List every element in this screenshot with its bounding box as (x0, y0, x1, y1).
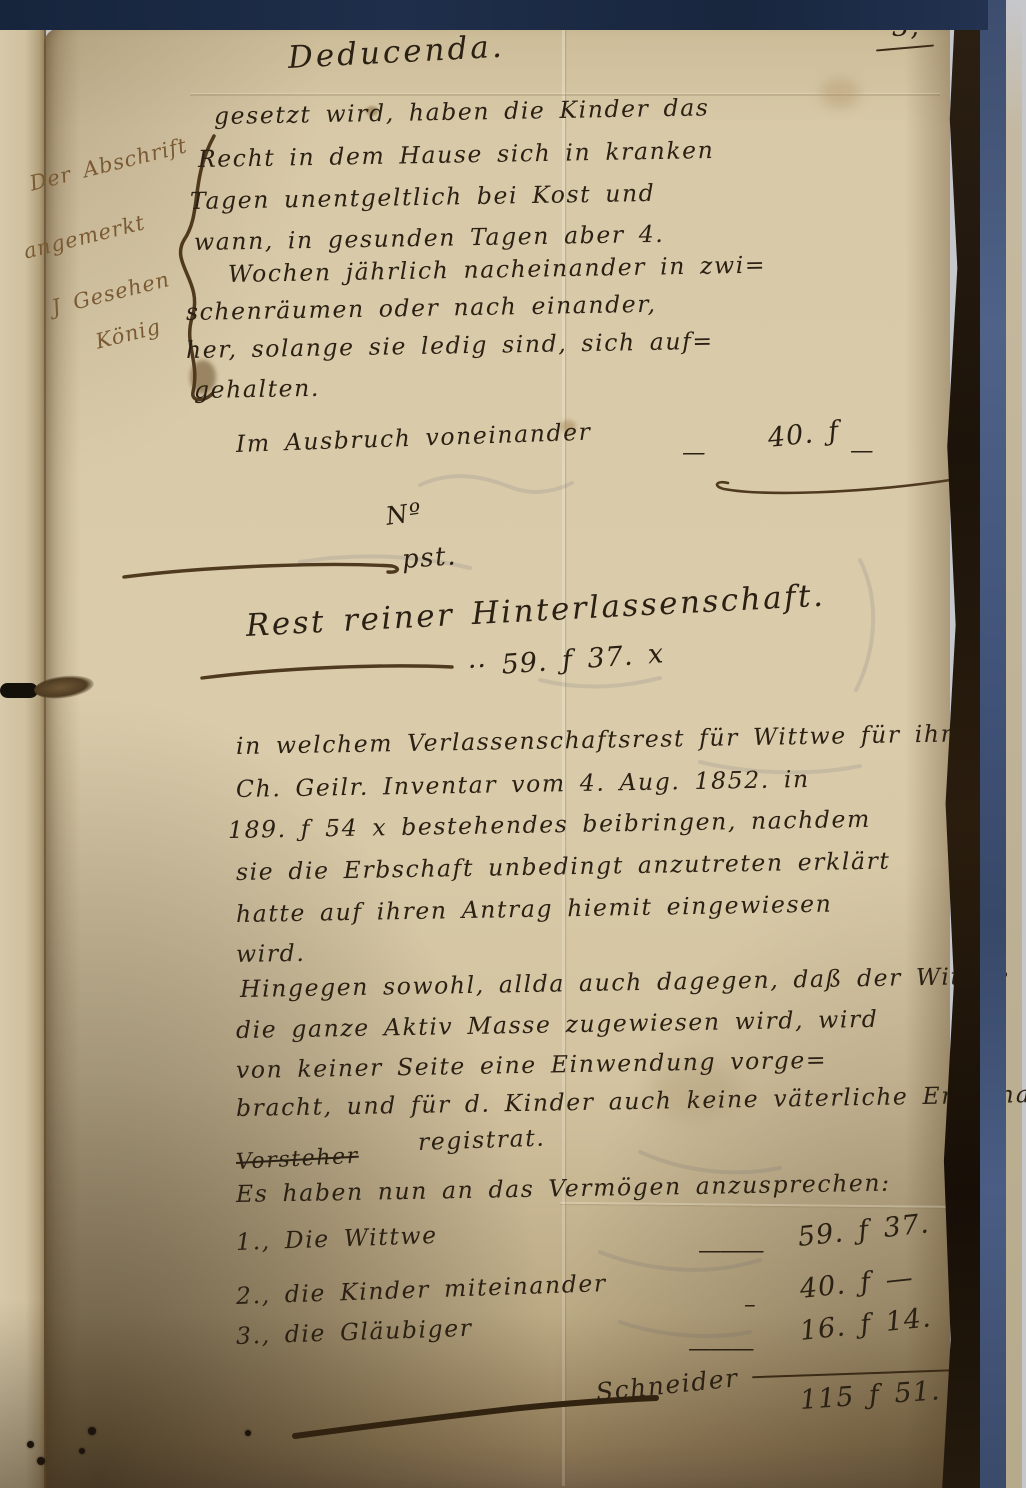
body-line: registrat. (418, 1124, 546, 1156)
claim-dash: ——— (698, 1236, 763, 1264)
entry-trailing-dash: — (850, 436, 875, 464)
blue-cover-top (0, 0, 988, 30)
abbreviation-mark: pst. (401, 541, 458, 575)
photo-of-manuscript-page: { "colors": { "paper": "#d8c9a8", "ink":… (0, 0, 1026, 1488)
claim-dash: ——— (688, 1334, 753, 1362)
claim-dash: – (744, 1290, 757, 1318)
body-line: wird. (236, 939, 306, 968)
entry-dash: — (682, 438, 707, 466)
flourish-under-amount (717, 479, 957, 493)
body-line: gehalten. (194, 374, 320, 404)
flourish-dash (124, 564, 397, 577)
numero-mark: Nº (384, 497, 425, 531)
heading-underline (202, 666, 452, 678)
